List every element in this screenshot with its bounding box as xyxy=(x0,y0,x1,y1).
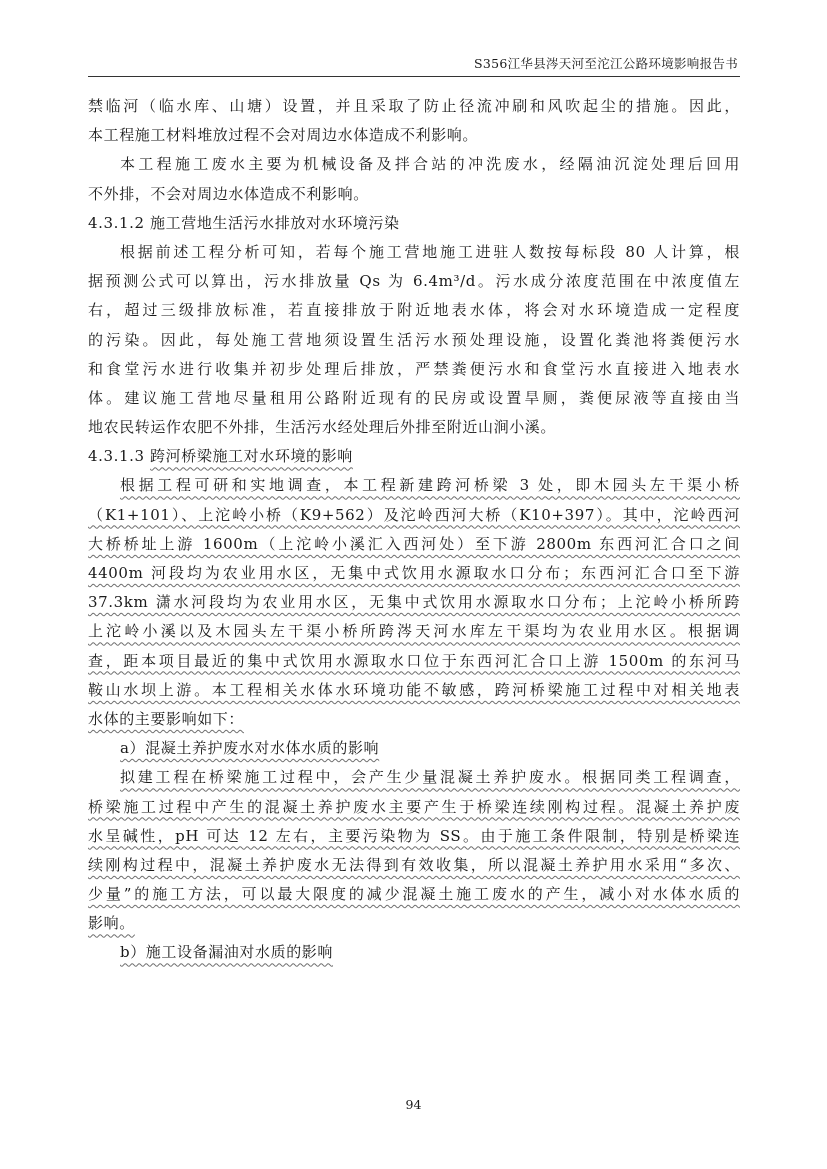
line-text: （K1+101）、上沱岭小桥（K9+562）及沱岭西河大桥（K10+397）。其… xyxy=(88,506,740,524)
text-line-tracked: 续刚构过程中，混凝土养护废水无法得到有效收集，所以混凝土养护用水采用“多次、 xyxy=(88,851,740,880)
paragraph-start-tracked: 拟建工程在桥梁施工过程中，会产生少量混凝土养护废水。根据同类工程调查， xyxy=(88,763,740,792)
line-text: 37.3km 潇水河段均为农业用水区，无集中式饮用水源取水口分布；上沱岭小桥所跨 xyxy=(88,593,740,611)
document-title: S356江华县涔天河至沱江公路环境影响报告书 xyxy=(474,54,738,72)
text-line: 禁临河（临水库、山塘）设置，并且采取了防止径流冲刷和风吹起尘的措施。因此， xyxy=(88,92,740,121)
heading-text: 跨河桥梁施工对水环境的影响 xyxy=(150,447,353,465)
subheading-text: b）施工设备漏油对水质的影响 xyxy=(120,943,333,961)
text-line-tracked: 大桥桥址上游 1600m（上沱岭小溪汇入西河处）至下游 2800m 东西河汇合口… xyxy=(88,530,740,559)
line-text: 的污染。因此，每处施工营地须设置生活污水预处理设施，设置化粪池将粪便污水 xyxy=(88,331,740,349)
section-heading-4-3-1-2: 4.3.1.2 施工营地生活污水排放对水环境污染 xyxy=(88,209,740,238)
text-line-tracked: （K1+101）、上沱岭小桥（K9+562）及沱岭西河大桥（K10+397）。其… xyxy=(88,501,740,530)
subheading-a: a）混凝土养护废水对水体水质的影响 xyxy=(88,734,740,763)
line-text: 水体的主要影响如下： xyxy=(88,710,244,728)
text-line-tracked: 鞍山水坝上游。本工程相关水体水环境功能不敏感，跨河桥梁施工过程中对相关地表 xyxy=(88,676,740,705)
text-line-tracked: 查，距本项目最近的集中式饮用水源取水口位于东西河汇合口上游 1500m 的东河马 xyxy=(88,647,740,676)
text-line-tracked: 上沱岭小溪以及木园头左干渠小桥所跨涔天河水库左干渠均为农业用水区。根据调 xyxy=(88,617,740,646)
document-body: 禁临河（临水库、山塘）设置，并且采取了防止径流冲刷和风吹起尘的措施。因此， 本工… xyxy=(88,92,740,968)
line-text: 根据前述工程分析可知，若每个施工营地施工进驻人数按每标段 80 人计算，根 xyxy=(120,243,740,261)
page-number: 94 xyxy=(0,1097,827,1112)
text-line-tracked: 桥梁施工过程中产生的混凝土养护废水主要产生于桥梁连续刚构过程。混凝土养护废 xyxy=(88,793,740,822)
line-text: 不外排，不会对周边水体造成不利影响。 xyxy=(88,185,369,203)
line-text: 鞍山水坝上游。本工程相关水体水环境功能不敏感，跨河桥梁施工过程中对相关地表 xyxy=(88,681,740,699)
line-text: 根据工程可研和实地调查，本工程新建跨河桥梁 3 处，即木园头左干渠小桥 xyxy=(120,476,740,494)
paragraph-start: 根据前述工程分析可知，若每个施工营地施工进驻人数按每标段 80 人计算，根 xyxy=(88,238,740,267)
text-line-tracked: 37.3km 潇水河段均为农业用水区，无集中式饮用水源取水口分布；上沱岭小桥所跨 xyxy=(88,588,740,617)
text-line: 和食堂污水进行收集并初步处理后排放，严禁粪便污水和食堂污水直接进入地表水 xyxy=(88,355,740,384)
line-text: 右，超过三级排放标准，若直接排放于附近地表水体，将会对水环境造成一定程度 xyxy=(88,301,740,319)
line-text: 地农民转运作农肥不外排，生活污水经处理后外排至附近山涧小溪。 xyxy=(88,418,556,436)
line-text: 和食堂污水进行收集并初步处理后排放，严禁粪便污水和食堂污水直接进入地表水 xyxy=(88,360,740,378)
text-line: 地农民转运作农肥不外排，生活污水经处理后外排至附近山涧小溪。 xyxy=(88,413,740,442)
line-text: 禁临河（临水库、山塘）设置，并且采取了防止径流冲刷和风吹起尘的措施。因此， xyxy=(88,97,740,115)
text-line-tracked: 4400m 河段均为农业用水区，无集中式饮用水源取水口分布；东西河汇合口至下游 xyxy=(88,559,740,588)
text-line: 的污染。因此，每处施工营地须设置生活污水预处理设施，设置化粪池将粪便污水 xyxy=(88,326,740,355)
paragraph-start-tracked: 根据工程可研和实地调查，本工程新建跨河桥梁 3 处，即木园头左干渠小桥 xyxy=(88,471,740,500)
text-line: 体。建议施工营地尽量租用公路附近现有的民房或设置旱厕，粪便尿液等直接由当 xyxy=(88,384,740,413)
line-text: 查，距本项目最近的集中式饮用水源取水口位于东西河汇合口上游 1500m 的东河马 xyxy=(88,652,740,670)
line-text: 水呈碱性，pH 可达 12 左右，主要污染物为 SS。由于施工条件限制，特别是桥… xyxy=(88,827,740,845)
section-heading-4-3-1-3: 4.3.1.3 跨河桥梁施工对水环境的影响 xyxy=(88,442,740,471)
text-line: 不外排，不会对周边水体造成不利影响。 xyxy=(88,180,740,209)
text-line-tracked: 水体的主要影响如下： xyxy=(88,705,740,734)
page-header: S356江华县涔天河至沱江公路环境影响报告书 xyxy=(88,52,740,77)
text-line-tracked: 少量”的施工方法，可以最大限度的减少混凝土施工废水的产生，减小对水体水质的 xyxy=(88,880,740,909)
line-text: 影响。 xyxy=(88,914,135,932)
text-line: 本工程施工材料堆放过程不会对周边水体造成不利影响。 xyxy=(88,121,740,150)
line-text: 续刚构过程中，混凝土养护废水无法得到有效收集，所以混凝土养护用水采用“多次、 xyxy=(88,856,740,874)
text-line: 据预测公式可以算出，污水排放量 Qs 为 6.4m³/d。污水成分浓度范围在中浓… xyxy=(88,267,740,296)
paragraph-start: 本工程施工废水主要为机械设备及拌合站的冲洗废水，经隔油沉淀处理后回用 xyxy=(88,150,740,179)
line-text: 桥梁施工过程中产生的混凝土养护废水主要产生于桥梁连续刚构过程。混凝土养护废 xyxy=(88,798,740,816)
heading-text: 4.3.1.2 施工营地生活污水排放对水环境污染 xyxy=(88,214,400,232)
line-text: 拟建工程在桥梁施工过程中，会产生少量混凝土养护废水。根据同类工程调查， xyxy=(120,768,740,786)
text-line-tracked: 影响。 xyxy=(88,909,740,938)
line-text: 本工程施工材料堆放过程不会对周边水体造成不利影响。 xyxy=(88,126,478,144)
line-text: 4400m 河段均为农业用水区，无集中式饮用水源取水口分布；东西河汇合口至下游 xyxy=(88,564,740,582)
line-text: 大桥桥址上游 1600m（上沱岭小溪汇入西河处）至下游 2800m 东西河汇合口… xyxy=(88,535,740,553)
heading-number: 4.3.1.3 xyxy=(88,447,150,465)
subheading-b: b）施工设备漏油对水质的影响 xyxy=(88,938,740,967)
line-text: 上沱岭小溪以及木园头左干渠小桥所跨涔天河水库左干渠均为农业用水区。根据调 xyxy=(88,622,740,640)
text-line: 右，超过三级排放标准，若直接排放于附近地表水体，将会对水环境造成一定程度 xyxy=(88,296,740,325)
line-text: 少量”的施工方法，可以最大限度的减少混凝土施工废水的产生，减小对水体水质的 xyxy=(88,885,740,903)
text-line-tracked: 水呈碱性，pH 可达 12 左右，主要污染物为 SS。由于施工条件限制，特别是桥… xyxy=(88,822,740,851)
subheading-text: a）混凝土养护废水对水体水质的影响 xyxy=(120,739,379,757)
line-text: 体。建议施工营地尽量租用公路附近现有的民房或设置旱厕，粪便尿液等直接由当 xyxy=(88,389,740,407)
line-text: 本工程施工废水主要为机械设备及拌合站的冲洗废水，经隔油沉淀处理后回用 xyxy=(120,155,740,173)
line-text: 据预测公式可以算出，污水排放量 Qs 为 6.4m³/d。污水成分浓度范围在中浓… xyxy=(88,272,740,290)
